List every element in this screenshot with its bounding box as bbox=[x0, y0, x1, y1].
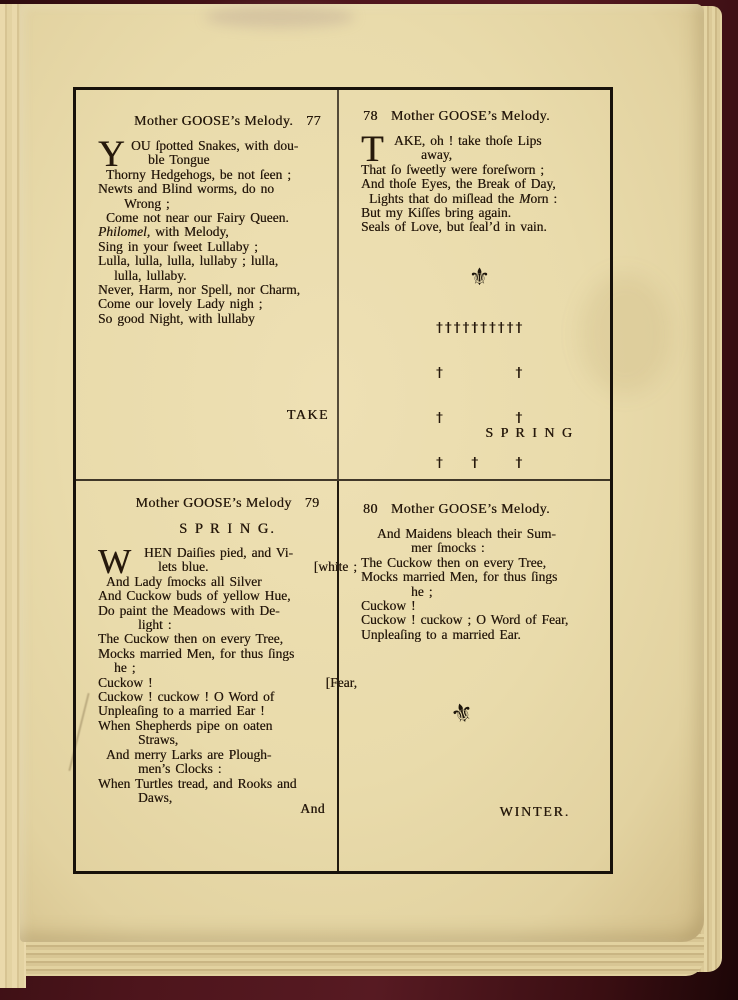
poem-line: Straws, bbox=[98, 733, 357, 747]
poem-line: Cuckow ! [Fear, bbox=[98, 676, 357, 690]
poem-line: That ſo ſweetly were foreſworn ; bbox=[361, 163, 598, 177]
poem-line: Come our lovely Lady nigh ; bbox=[98, 297, 357, 311]
poem-line: Cuckow ! cuckow ; O Word of Fear, bbox=[361, 613, 598, 627]
book-page: Mother GOOSE’s Melody. 77 Y OU ſpotted S… bbox=[20, 4, 704, 942]
poem-title: S P R I N G. bbox=[98, 521, 357, 538]
poem-line: But my Kiſſes bring again. bbox=[361, 206, 598, 220]
running-title: Mother GOOSE’s Melody. bbox=[391, 109, 550, 125]
cross-square-ornament: ⚜ †††††††††† † † † † † † † † † † † †††††… bbox=[361, 265, 598, 479]
running-title: Mother GOOSE’s Melody. bbox=[134, 114, 293, 130]
fleur-de-lis-icon: ⚜ bbox=[447, 696, 478, 732]
poem-line: lets blue. [white ; bbox=[98, 560, 357, 574]
poem-line: Wrong ; bbox=[98, 197, 357, 211]
poem-line: And merry Larks are Plough- bbox=[98, 748, 357, 762]
poem-line: Unpleaſing to a married Ear. bbox=[361, 628, 598, 642]
poem-line: The Cuckow then on every Tree, bbox=[98, 632, 357, 646]
poem-line-text: Cuckow ! bbox=[98, 676, 152, 690]
page-number: 80 bbox=[363, 502, 378, 518]
poem-78: T AKE, oh ! take thoſe Lips away, That ſ… bbox=[361, 134, 598, 235]
drop-cap: Y bbox=[98, 140, 125, 170]
drop-cap: T bbox=[361, 135, 384, 165]
drop-cap: W bbox=[98, 547, 131, 577]
poem-line: Lulla, lulla, lulla, lullaby ; lulla, bbox=[98, 254, 357, 268]
poem-line: When Turtles tread, and Rooks and bbox=[98, 777, 357, 791]
poem-opening: W HEN Daiſies pied, and Vi- lets blue. [… bbox=[98, 546, 357, 575]
poem-line: Come not near our Fairy Queen. bbox=[98, 211, 357, 225]
poem-80: And Maidens bleach their Sum- mer ſmocks… bbox=[361, 527, 598, 642]
page-number: 77 bbox=[306, 114, 321, 130]
printed-border-frame: Mother GOOSE’s Melody. 77 Y OU ſpotted S… bbox=[73, 87, 613, 874]
page-80-header: 80 Mother GOOSE’s Melody. bbox=[361, 502, 598, 518]
page-79-header: Mother GOOSE’s Melody 79 bbox=[98, 496, 357, 512]
dagger-row: † † bbox=[361, 366, 598, 381]
dagger-row: †††††††††† bbox=[361, 321, 598, 336]
catchword: And bbox=[300, 801, 325, 817]
poem-79: W HEN Daiſies pied, and Vi- lets blue. [… bbox=[98, 546, 357, 805]
poem-line: OU ſpotted Snakes, with dou- bbox=[98, 139, 357, 153]
running-title: Mother GOOSE’s Melody bbox=[136, 496, 292, 512]
poem-line-text: with Melody, bbox=[150, 224, 228, 239]
poem-opening: Y OU ſpotted Snakes, with dou- ble Tongu… bbox=[98, 139, 357, 168]
poem-line-text: orn : bbox=[530, 191, 557, 206]
catchword: S P R I N G bbox=[485, 426, 574, 442]
poem-77: Y OU ſpotted Snakes, with dou- ble Tongu… bbox=[98, 139, 357, 326]
dagger-row: † † bbox=[361, 411, 598, 426]
catchword: TAKE bbox=[287, 408, 329, 424]
book-photo: Mother GOOSE’s Melody. 77 Y OU ſpotted S… bbox=[0, 0, 738, 1000]
poem-line: And thoſe Eyes, the Break of Day, bbox=[361, 177, 598, 191]
poem-line: When Shepherds pipe on oaten bbox=[98, 719, 357, 733]
poem-line: Thorny Hedgehogs, be not ſeen ; bbox=[98, 168, 357, 182]
italic-word: M bbox=[519, 191, 530, 206]
poem-line: The Cuckow then on every Tree, bbox=[361, 556, 598, 570]
poem-line: Lights that do miſlead the Morn : bbox=[361, 192, 598, 206]
poem-opening: T AKE, oh ! take thoſe Lips away, bbox=[361, 134, 598, 163]
poem-line: men’s Clocks : bbox=[98, 762, 357, 776]
poem-line: AKE, oh ! take thoſe Lips bbox=[361, 134, 598, 148]
page-78-section: 78 Mother GOOSE’s Melody. T AKE, oh ! ta… bbox=[339, 90, 610, 479]
page-number: 78 bbox=[363, 109, 378, 125]
poem-line: Never, Harm, nor Spell, nor Charm, bbox=[98, 283, 357, 297]
poem-line: Philomel, with Melody, bbox=[98, 225, 357, 239]
poem-line-text: Lights that do miſlead the bbox=[369, 191, 519, 206]
poem-line: And Maidens bleach their Sum- bbox=[361, 527, 598, 541]
poem-line: HEN Daiſies pied, and Vi- bbox=[98, 546, 357, 560]
dagger-row: † † † bbox=[361, 456, 598, 471]
poem-line: Cuckow ! cuckow ! O Word of bbox=[98, 690, 357, 704]
poem-line: light : bbox=[98, 618, 357, 632]
poem-line: he ; bbox=[361, 585, 598, 599]
poem-line: Unpleaſing to a married Ear ! bbox=[98, 704, 357, 718]
poem-line: Mocks married Men, for thus ſings bbox=[98, 647, 357, 661]
running-title: Mother GOOSE’s Melody. bbox=[391, 502, 550, 518]
page-80-section: 80 Mother GOOSE’s Melody. And Maidens bl… bbox=[339, 481, 610, 871]
poem-line: Newts and Blind worms, do no bbox=[98, 182, 357, 196]
catchword: WINTER. bbox=[499, 805, 570, 821]
poem-line: away, bbox=[361, 148, 598, 162]
poem-line: Seals of Love, but ſeal’d in vain. bbox=[361, 220, 598, 234]
poem-line: lulla, lullaby. bbox=[98, 269, 357, 283]
poem-line: And Lady ſmocks all Silver bbox=[98, 575, 357, 589]
poem-line: mer ſmocks : bbox=[361, 541, 598, 555]
fleur-de-lis-icon: ⚜ bbox=[361, 265, 598, 289]
poem-line: So good Night, with lullaby bbox=[98, 312, 357, 326]
poem-line: And Cuckow buds of yellow Hue, bbox=[98, 589, 357, 603]
page-78-header: 78 Mother GOOSE’s Melody. bbox=[361, 109, 598, 125]
italic-word: Philomel, bbox=[98, 224, 150, 239]
page-77-section: Mother GOOSE’s Melody. 77 Y OU ſpotted S… bbox=[76, 90, 367, 479]
poem-line: ble Tongue bbox=[98, 153, 357, 167]
poem-line: Mocks married Men, for thus ſings bbox=[361, 570, 598, 584]
poem-line: Sing in your ſweet Lullaby ; bbox=[98, 240, 357, 254]
poem-line: Do paint the Meadows with De- bbox=[98, 604, 357, 618]
page-number: 79 bbox=[305, 496, 320, 512]
dagger-square: †††††††††† † † † † † † † † † † † †††††††… bbox=[361, 291, 598, 479]
poem-line: Cuckow ! bbox=[361, 599, 598, 613]
paper-smudge bbox=[205, 6, 355, 28]
page-77-header: Mother GOOSE’s Melody. 77 bbox=[98, 114, 357, 130]
poem-line: he ; bbox=[98, 661, 357, 675]
page-79-section: Mother GOOSE’s Melody 79 S P R I N G. W … bbox=[76, 481, 367, 871]
